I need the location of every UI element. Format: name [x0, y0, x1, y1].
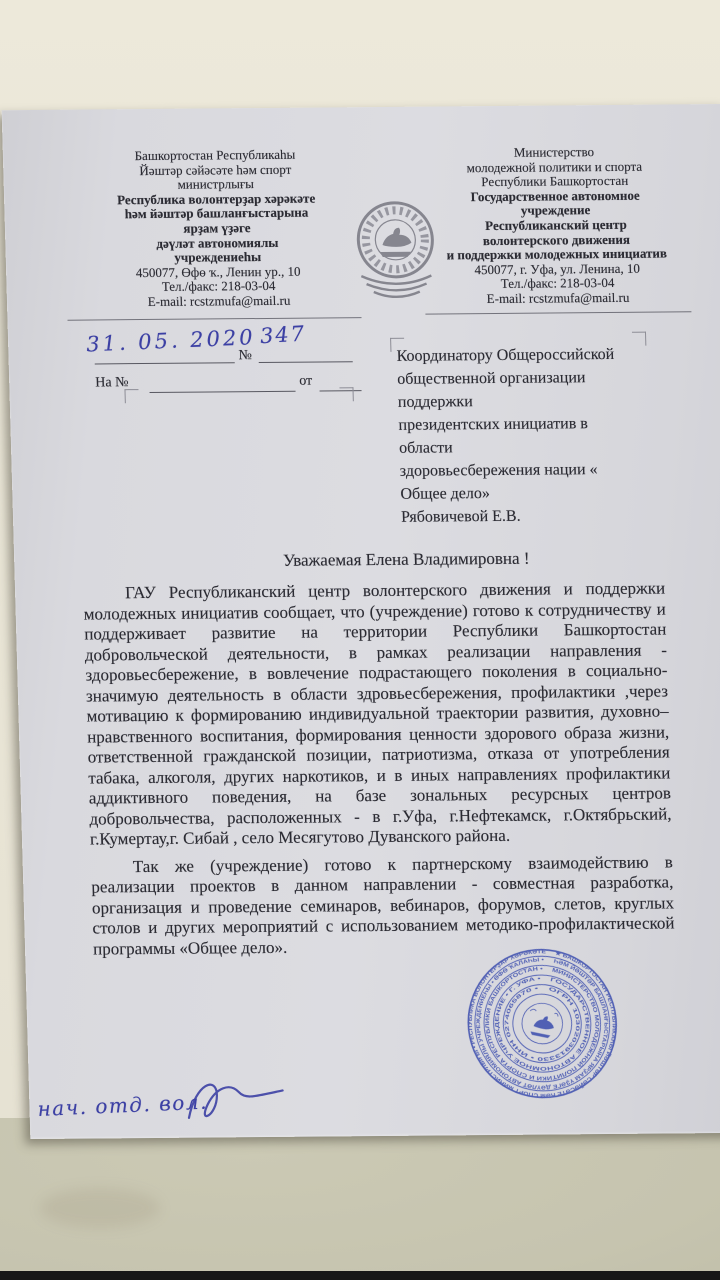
addressee-line: общественной организации: [397, 366, 660, 391]
addressee-block: Координатору Общероссийской общественной…: [396, 343, 663, 529]
org-email-line: E-mail: rcstzmufa@mail.ru: [69, 293, 369, 310]
corner-mark: [339, 387, 353, 401]
letter-body: ГАУ Республиканский центр волонтерского …: [83, 578, 676, 966]
official-round-stamp: ★ БАШКОРТОСТАН РЕСПУБЛИКАҺЫ ЙӘШТӘР СӘЙӘС…: [446, 926, 639, 1122]
corner-mark: [124, 389, 138, 403]
org-email-line: E-mail: rcstzmufa@mail.ru: [419, 290, 697, 307]
addressee-line: области: [399, 435, 662, 460]
reply-number-underline: [150, 391, 296, 393]
addressee-line: Координатору Общероссийской: [396, 343, 659, 368]
dark-baseboard-strip: [0, 1271, 720, 1280]
number-underline: [259, 361, 353, 363]
table-surface: [0, 1118, 720, 1280]
stamp-center-emblem: [519, 1000, 566, 1048]
body-paragraph: Так же (учреждение) готово к партнерском…: [91, 852, 676, 960]
handwritten-outgoing-number: 347: [259, 321, 307, 348]
addressee-line: президентских инициатив в: [398, 412, 661, 437]
addressee-name: Рябовичевой Е.В.: [401, 504, 664, 529]
letterhead-bashkir: Башкортостан Республикаһы Йәштәр сәйәсәт…: [65, 147, 369, 310]
header-divider-left: [68, 317, 362, 321]
addressee-line: поддержки: [398, 389, 661, 414]
letterhead-russian: Министерство молодежной политики и спорт…: [415, 144, 697, 307]
salutation: Уважаемая Елена Владимировна !: [82, 548, 665, 573]
surface-smudge: [40, 1188, 160, 1228]
letter-sheet: Башкортостан Республикаһы Йәштәр сәйәсәт…: [2, 104, 720, 1139]
signature-flourish: [177, 1066, 292, 1132]
reply-from-label: от: [299, 374, 312, 390]
photographed-letter: Башкортостан Республикаһы Йәштәр сәйәсәт…: [0, 0, 720, 1280]
body-paragraph: ГАУ Республиканский центр волонтерского …: [83, 578, 672, 850]
header-divider-right: [425, 311, 691, 314]
addressee-line: здоровьесбережения нации «: [399, 458, 662, 483]
handwritten-date: 31. 05. 2020: [86, 325, 257, 356]
addressee-line: Общее дело»: [400, 481, 663, 506]
date-underline: [95, 362, 235, 364]
number-sign: №: [238, 348, 252, 364]
